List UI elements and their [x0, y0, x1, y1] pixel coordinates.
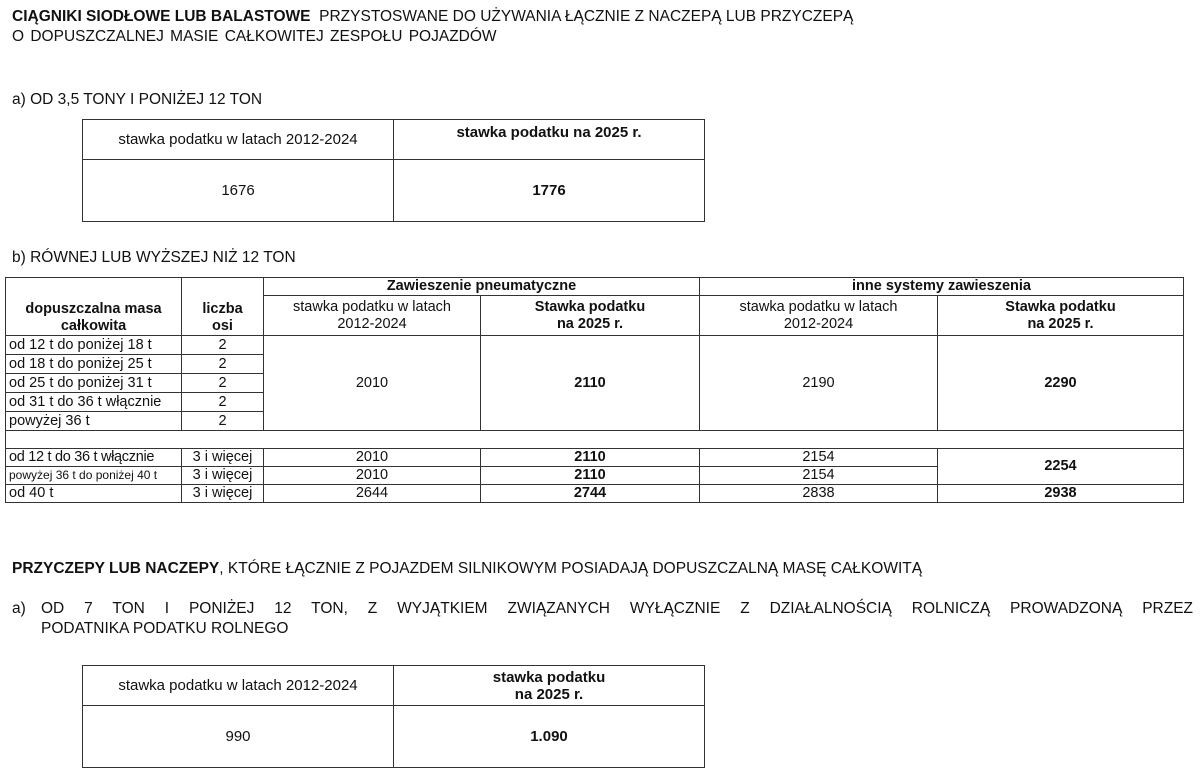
other-old: 2838	[700, 485, 938, 503]
value-rate-2012-2024: 990	[83, 706, 394, 768]
row-axles: 2	[182, 393, 264, 412]
other-old: 2154	[700, 467, 938, 485]
row-mass: od 18 t do poniżej 25 t	[6, 355, 182, 374]
header-other-new: Stawka podatku na 2025 r.	[938, 296, 1184, 336]
value-rate-2025: 1776	[394, 160, 705, 222]
section2-title-rest: , KTÓRE ŁĄCZNIE Z POJAZDEM SILNIKOWYM PO…	[219, 560, 922, 577]
pneumatic-new: 2110	[481, 449, 700, 467]
section1-title-rest: PRZYSTOSWANE DO UŻYWANIA ŁĄCZNIE Z NACZE…	[319, 8, 853, 25]
section1-title-line2: O DOPUSZCZALNEJ MASIE CAŁKOWITEJ ZESPOŁU…	[12, 28, 497, 46]
other-old-2axle: 2190	[700, 336, 938, 431]
pneumatic-old: 2644	[264, 485, 481, 503]
row-axles: 2	[182, 374, 264, 393]
table-trailers-a: stawka podatku w latach 2012-2024 stawka…	[82, 665, 705, 768]
table-row: od 40 t 3 i więcej 2644 2744 2838 2938	[6, 485, 1184, 503]
section2-title-bold: PRZYCZEPY LUB NACZEPY	[12, 560, 219, 577]
pneumatic-new: 2744	[481, 485, 700, 503]
row-axles: 2	[182, 355, 264, 374]
row-mass: od 12 t do 36 t włącznie	[6, 449, 182, 467]
empty-cell	[6, 431, 1184, 449]
other-new-merged: 2254	[938, 449, 1184, 485]
header-pneumatic: Zawieszenie pneumatyczne	[264, 278, 700, 296]
section2-subheading-line1: OD 7 TON I PONIŻEJ 12 TON, Z WYJĄTKIEM Z…	[41, 600, 1193, 618]
value-rate-2025: 1.090	[394, 706, 705, 768]
pneumatic-old: 2010	[264, 449, 481, 467]
other-new-2axle: 2290	[938, 336, 1184, 431]
header-pneumatic-old: stawka podatku w latach 2012-2024	[264, 296, 481, 336]
row-mass: od 31 t do 36 t włącznie	[6, 393, 182, 412]
table-tractors-a: stawka podatku w latach 2012-2024 stawka…	[82, 119, 705, 222]
row-axles: 3 i więcej	[182, 449, 264, 467]
row-mass: od 12 t do poniżej 18 t	[6, 336, 182, 355]
row-axles: 3 i więcej	[182, 485, 264, 503]
section2-subheading-line2: PODATNIKA PODATKU ROLNEGO	[41, 620, 288, 638]
section1-title-bold: CIĄGNIKI SIODŁOWE LUB BALASTOWE	[12, 8, 311, 25]
row-mass: powyżej 36 t do poniżej 40 t	[6, 467, 182, 485]
header-other-old: stawka podatku w latach 2012-2024	[700, 296, 938, 336]
header-rate-2025: stawka podatku na 2025 r.	[394, 120, 705, 160]
table-row: od 12 t do 36 t włącznie 3 i więcej 2010…	[6, 449, 1184, 467]
header-other-suspension: inne systemy zawieszenia	[700, 278, 1184, 296]
section1-subheading-a: a) OD 3,5 TONY I PONIŻEJ 12 TON	[12, 91, 262, 109]
section1-title: CIĄGNIKI SIODŁOWE LUB BALASTOWE PRZYSTOS…	[12, 8, 853, 26]
row-mass: powyżej 36 t	[6, 412, 182, 431]
value-rate-2012-2024: 1676	[83, 160, 394, 222]
header-pneumatic-new: Stawka podatku na 2025 r.	[481, 296, 700, 336]
table-tractors-b: dopuszczalna masa całkowita liczba osi Z…	[5, 277, 1184, 503]
header-axles: liczba osi	[182, 278, 264, 336]
pneumatic-old: 2010	[264, 467, 481, 485]
row-axles: 2	[182, 336, 264, 355]
row-axles: 2	[182, 412, 264, 431]
row-mass: od 40 t	[6, 485, 182, 503]
section1-subheading-b: b) RÓWNEJ LUB WYŻSZEJ NIŻ 12 TON	[12, 249, 296, 267]
section2-title: PRZYCZEPY LUB NACZEPY, KTÓRE ŁĄCZNIE Z P…	[12, 560, 922, 578]
header-rate-2012-2024: stawka podatku w latach 2012-2024	[83, 666, 394, 706]
header-rate-2025: stawka podatku na 2025 r.	[394, 666, 705, 706]
table-row: od 12 t do poniżej 18 t 2 2010 2110 2190…	[6, 336, 1184, 355]
other-new: 2938	[938, 485, 1184, 503]
pneumatic-new-2axle: 2110	[481, 336, 700, 431]
row-axles: 3 i więcej	[182, 467, 264, 485]
pneumatic-new: 2110	[481, 467, 700, 485]
spacer-row	[6, 431, 1184, 449]
section2-marker-a: a)	[12, 600, 26, 618]
header-rate-2012-2024: stawka podatku w latach 2012-2024	[83, 120, 394, 160]
header-mass: dopuszczalna masa całkowita	[6, 278, 182, 336]
other-old: 2154	[700, 449, 938, 467]
row-mass: od 25 t do poniżej 31 t	[6, 374, 182, 393]
pneumatic-old-2axle: 2010	[264, 336, 481, 431]
